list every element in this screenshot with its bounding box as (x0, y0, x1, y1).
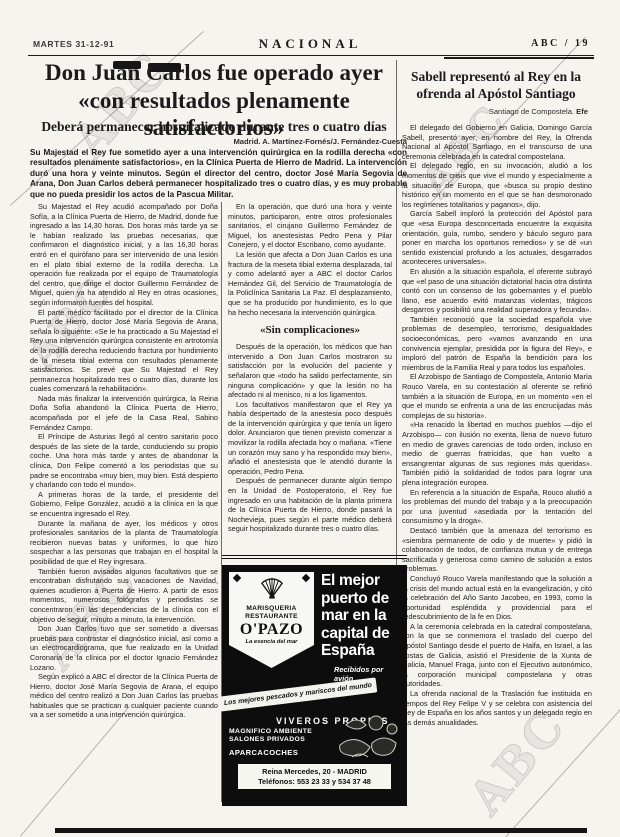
paragraph: Su Majestad el Rey acudió acompañado por… (30, 202, 218, 308)
side-headline: Sabell representó al Rey en la ofrenda a… (400, 69, 592, 102)
paragraph: A primeras horas de la tarde, el preside… (30, 490, 218, 519)
ad-slogan: La esencia del mar (229, 639, 314, 645)
paragraph: «Ha renacido la libertad en muchos puebl… (402, 420, 592, 487)
paragraph: Destacó también que la amenaza del terro… (402, 526, 592, 574)
newspaper-page: ABC ABC ABC ABC ABC MARTES 31-12-91 NACI… (0, 0, 620, 837)
dateline-place: Santiago de Compostela. (489, 107, 574, 116)
ad-headline: El mejor puerto de mar en la capital de … (321, 572, 403, 660)
paragraph: También reconoció que la sociedad españo… (402, 315, 592, 373)
paragraph: El delegado regio, en su invocación, alu… (402, 161, 592, 209)
scallop-shell-icon (257, 575, 287, 599)
header-rule-right (444, 57, 594, 59)
news-agency: Efe (576, 107, 588, 116)
byline: Madrid. A. Martínez-Fornés/J. Fernández-… (30, 137, 407, 146)
ad-phones: Teléfonos: 553 23 33 y 534 37 48 (240, 777, 389, 787)
ad-brand: O'PAZO (229, 621, 314, 639)
paragraph: En la operación, que duró una hora y vei… (228, 202, 392, 250)
side-article-body: El delegado del Gobierno en Galicia, Dom… (402, 123, 592, 765)
header-rule (28, 55, 594, 56)
paragraph: Según explicó a ABC el director de la Cl… (30, 672, 218, 720)
crosshead: «Sin complicaciones» (228, 324, 392, 336)
ad-feature: MAGNIFICO AMBIENTE (229, 728, 312, 736)
paragraph: La ofrenda nacional de la Traslación fue… (402, 689, 592, 727)
paragraph: Don Juan Carlos tuvo que ser sometido a … (30, 624, 218, 672)
main-article-column-1: Su Majestad el Rey acudió acompañado por… (30, 202, 218, 800)
main-article-column-2: En la operación, que duró una hora y vei… (228, 202, 392, 556)
paragraph: Después de permanecer durante algún tiem… (228, 476, 392, 534)
ad-ribbon: Los mejores pescados y mariscos del mund… (219, 677, 378, 711)
restaurant-advertisement: MARISQUERIA RESTAURANTE O'PAZO La esenci… (222, 565, 407, 806)
seafood-illustration (332, 711, 404, 763)
paragraph: Después de la operación, los médicos que… (228, 342, 392, 400)
badge-ornament (233, 574, 241, 582)
paragraph: Concluyó Rouco Varela manifestando que l… (402, 574, 592, 622)
dateline: Santiago de Compostela. Efe (400, 107, 588, 116)
paragraph: El parte médico facilitado por el direct… (30, 308, 218, 394)
ad-feature: SALONES PRIVADOS (229, 736, 312, 744)
ad-address: Reina Mercedes, 20 - MADRID (240, 767, 389, 777)
ad-badge: MARISQUERIA RESTAURANTE O'PAZO La esenci… (229, 572, 314, 668)
badge-ornament (302, 574, 310, 582)
ad-type-label: MARISQUERIA RESTAURANTE (229, 605, 314, 620)
paragraph: También fueron avisados algunos facultat… (30, 567, 218, 625)
ad-feature: APARCACOCHES (229, 749, 312, 757)
page-number: ABC / 19 (531, 38, 590, 49)
section-title: NACIONAL (0, 36, 620, 52)
article-end-rule (222, 555, 407, 559)
paragraph: En referencia a la situación de España, … (402, 488, 592, 526)
paragraph: García Sabell imploró la protección del … (402, 209, 592, 267)
paragraph: El Arzobispo de Santiago de Compostela, … (402, 372, 592, 420)
ad-contact: Reina Mercedes, 20 - MADRID Teléfonos: 5… (238, 764, 391, 789)
paragraph: Los facultativos manifestaron que el Rey… (228, 400, 392, 477)
paragraph: El Príncipe de Asturias llegó al centro … (30, 432, 218, 490)
page-bottom-rule (55, 828, 587, 833)
paragraph: En alusión a la situación española, el o… (402, 267, 592, 315)
main-subhead: Deberá permanecer hospitalizado durante … (30, 119, 398, 135)
paragraph: El delegado del Gobierno en Galicia, Dom… (402, 123, 592, 161)
ad-features: MAGNIFICO AMBIENTE SALONES PRIVADOS APAR… (229, 728, 312, 757)
paragraph: Nada más finalizar la intervención quirú… (30, 394, 218, 432)
lead-paragraph: Su Majestad el Rey fue sometido ayer a u… (30, 148, 407, 200)
paragraph: La lesión que afecta a Don Juan Carlos e… (228, 250, 392, 317)
paragraph: A la ceremonia celebrada en la catedral … (402, 622, 592, 689)
paragraph: Durante la mañana de ayer, los médicos y… (30, 519, 218, 567)
